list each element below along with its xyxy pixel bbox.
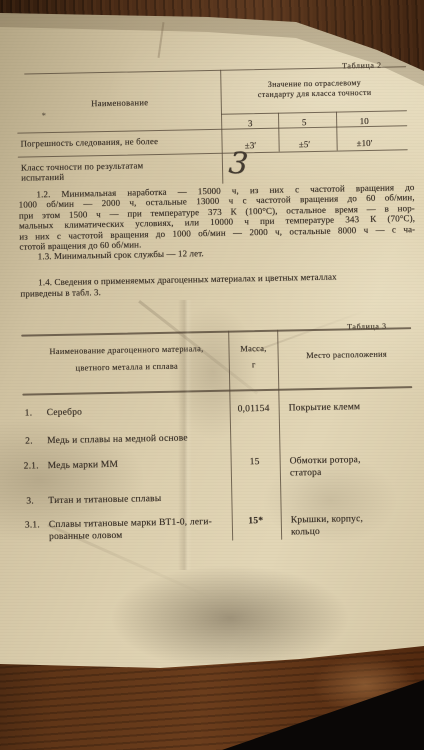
table2-header-value-line2: стандарту для класса точности [223,87,407,101]
table3-row1-num: 1. [25,408,47,420]
table2-class-10: 10 [347,116,381,127]
table3-rule-top [21,327,411,336]
table3-row4-num: 3. [26,496,48,508]
table3-row5-mass: 15* [233,516,279,528]
table3-row3-mass: 15 [232,457,278,469]
table2-stray-mark: * [39,111,49,120]
table2-accuracy-value-10: ±10′ [347,138,381,149]
table3-row5-location: Крышки, корпус, кольцо [291,513,417,538]
table2-row-accuracy-label: Погрешность следования, не более [20,135,220,149]
table2-rule-mid [17,125,407,133]
table2-header-name: Наименование [50,96,190,109]
table3-header-col3: Место расположения [280,349,414,361]
table3-row3-location: Обмотки ротора, статора [290,454,416,479]
table3-header-col2-line1: Масса, [229,344,277,354]
table3-row5-num: 3.1. [25,520,49,532]
table2-rule-low [18,149,408,157]
table2-handwritten-class-value: 3 [227,146,249,183]
document-paper: Таблица 2 Наименование * Значение по отр… [0,0,424,750]
paragraph-1-2: 1.2. Минимальная наработка — 15000 ч, из… [18,182,415,252]
table3-row5-name: Сплавы титановые марки ВТ1-0, леги- рова… [49,517,233,544]
table3-row1-name: Серебро [47,405,227,420]
table3-header-col1-line2: цветного металла и сплава [28,361,226,374]
table3-row1-mass: 0,01154 [231,404,277,416]
table3-header-col2-line2: г [230,360,278,370]
table2-rule-top [24,66,406,74]
table3-rule-header-bottom [22,386,412,395]
table2-class-3: 3 [235,118,265,129]
table3-divider-2 [277,330,282,540]
table3-row2-num: 2. [25,436,47,448]
table2-class-5: 5 [289,117,319,128]
table3-row1-location: Покрытие клемм [289,401,415,415]
table2-divider-sub2 [336,112,338,151]
table3-row3-name: Медь марки ММ [48,458,228,473]
table2-header-value: Значение по отраслевому стандарту для кл… [222,77,406,101]
table2-accuracy-value-5: ±5′ [289,139,319,150]
table3-row2-name: Медь и сплавы на медной основе [47,433,227,448]
table3-row3-num: 2.1. [24,461,48,473]
table3-header-col1-line1: Наименование драгоценного материала, [27,344,225,357]
table2-rule-under-value-header [221,110,407,115]
table2-divider-sub1 [278,113,280,152]
table3-row4-name: Титан и титановые сплавы [48,493,228,508]
photo-of-document: Таблица 2 Наименование * Значение по отр… [0,0,424,750]
